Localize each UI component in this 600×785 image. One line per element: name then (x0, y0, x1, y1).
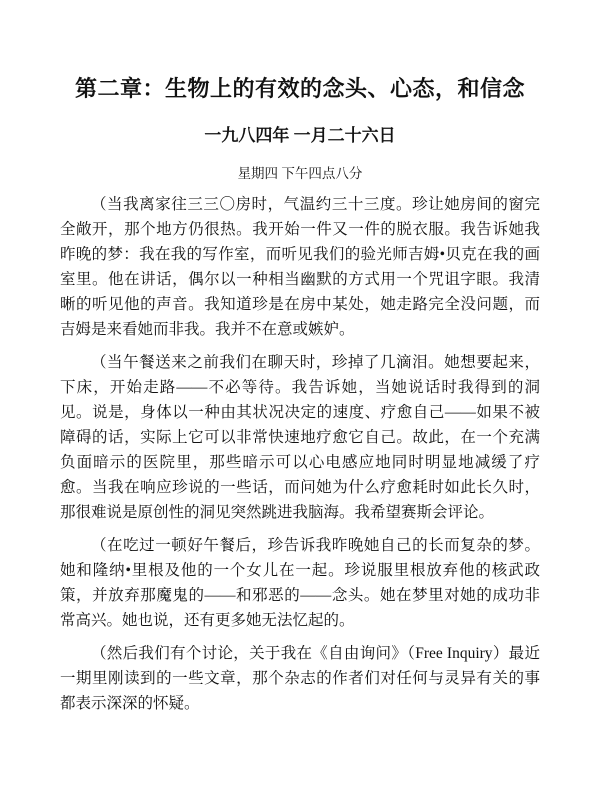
document-page: 第二章：生物上的有效的念头、心态，和信念 一九八四年 一月二十六日 星期四 下午… (0, 0, 600, 785)
date-heading: 一九八四年 一月二十六日 (60, 126, 540, 146)
chapter-title: 第二章：生物上的有效的念头、心态，和信念 (60, 74, 540, 104)
body-paragraph: （当我离家往三三〇房时，气温约三十三度。珍让她房间的窗完全敞开，那个地方仍很热。… (60, 192, 540, 342)
body-paragraph: （然后我们有个讨论，关于我在《自由询问》（Free Inquiry）最近一期里刚… (60, 641, 540, 716)
body-paragraph: （在吃过一顿好午餐后，珍告诉我昨晚她自己的长而复杂的梦。她和隆纳•里根及他的一个… (60, 533, 540, 633)
body-paragraph: （当午餐送来之前我们在聊天时，珍掉了几滴泪。她想要起来，下床，开始走路——不必等… (60, 350, 540, 525)
body-text: （当我离家往三三〇房时，气温约三十三度。珍让她房间的窗完全敞开，那个地方仍很热。… (60, 192, 540, 716)
time-heading: 星期四 下午四点八分 (60, 166, 540, 182)
